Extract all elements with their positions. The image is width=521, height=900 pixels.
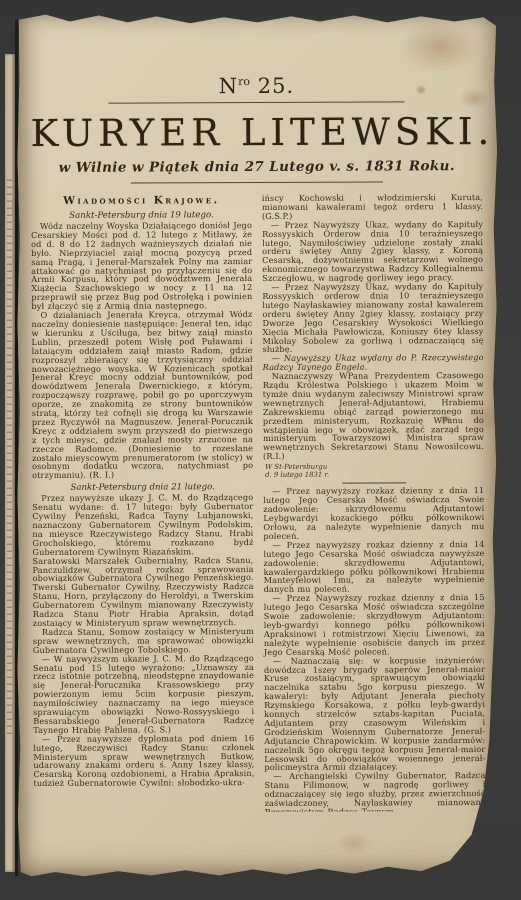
- section-divider-rule: [342, 483, 406, 484]
- masthead-rule-top: [109, 101, 405, 103]
- article-paragraph: — Przez naywyższy rozkaz dzienny z dnia …: [263, 540, 484, 594]
- article-paragraph: — Przez Naywyższy Ukaz, wydany do Kapitu…: [262, 282, 483, 354]
- article-paragraph: — Naznaczaią się: w korpusie inżynierów:…: [264, 656, 486, 773]
- newspaper-title: KURYER LITEWSKI.: [31, 110, 483, 155]
- article-paragraph: — Przez naywyższe dyplomata pod dniem 16…: [33, 734, 254, 788]
- issue-number-value: 25.: [258, 74, 295, 98]
- issue-number: Nro 25.: [30, 73, 482, 99]
- issue-number-superscript: ro: [238, 75, 250, 88]
- publication-dateline: w Wilnie w Piątek dnia 27 Lutego v. s. 1…: [31, 158, 483, 176]
- article-paragraph: O działaniach Jenerała Kreyca, otrzymał …: [31, 310, 253, 480]
- article-paragraph: Wódz naczelny Woyska Działaiącego doniós…: [31, 221, 252, 311]
- issue-number-prefix: N: [219, 74, 238, 98]
- article-paragraph: ińscy Kochowski i włodzimierski Kuruta, …: [262, 193, 483, 221]
- page-content: Nro 25. KURYER LITEWSKI. w Wilnie w Piąt…: [30, 11, 486, 879]
- article-paragraph: Radzca Stanu, Somow zostaiący w Minister…: [33, 627, 254, 655]
- article-paragraph: — W naywyższym ukazie J. C. M. do Rządzą…: [33, 654, 254, 735]
- article-paragraph: Naznaczywszy WPana Prezydentem Czasowego…: [263, 371, 484, 461]
- article-paragraph: — Archangielski Cywilny Gubernator, Radz…: [264, 771, 485, 813]
- right-column: ińscy Kochowski i włodzimierski Kuruta, …: [262, 193, 486, 812]
- masthead-rule-bottom: [131, 181, 383, 183]
- section-heading: Wiadomości Krajowe.: [31, 194, 252, 207]
- article-paragraph: Przez naywyższe ukazy J. C. M. do Rządzą…: [32, 493, 253, 556]
- binding-gutter-shadow: [15, 20, 18, 876]
- article-columns: Wiadomości Krajowe. Sankt-Petersburg dni…: [31, 193, 486, 813]
- article-paragraph: Saratowski Marszałek Gubernialny, Radca …: [32, 556, 253, 628]
- article-paragraph: — Przez Naywyższy Ukaz, wydany do Kapitu…: [262, 220, 483, 283]
- newspaper-page-scan: Nro 25. KURYER LITEWSKI. w Wilnie w Piąt…: [17, 12, 498, 878]
- masthead: Nro 25. KURYER LITEWSKI. w Wilnie w Piąt…: [30, 73, 482, 184]
- adjacent-page-edge: [5, 54, 15, 872]
- signature-date: d. 9 lutego 1831 r.: [265, 471, 484, 480]
- left-column: Wiadomości Krajowe. Sankt-Petersburg dni…: [31, 194, 255, 813]
- article-paragraph: — Przez Naywyższy rozkaz dzienny z dnia …: [264, 593, 485, 656]
- article-paragraph: — Przez naywyższy rozkaz dzienny z dnia …: [263, 486, 484, 540]
- signature-place-date: W St-Petersburgu d. 9 lutego 1831 r.: [265, 463, 484, 479]
